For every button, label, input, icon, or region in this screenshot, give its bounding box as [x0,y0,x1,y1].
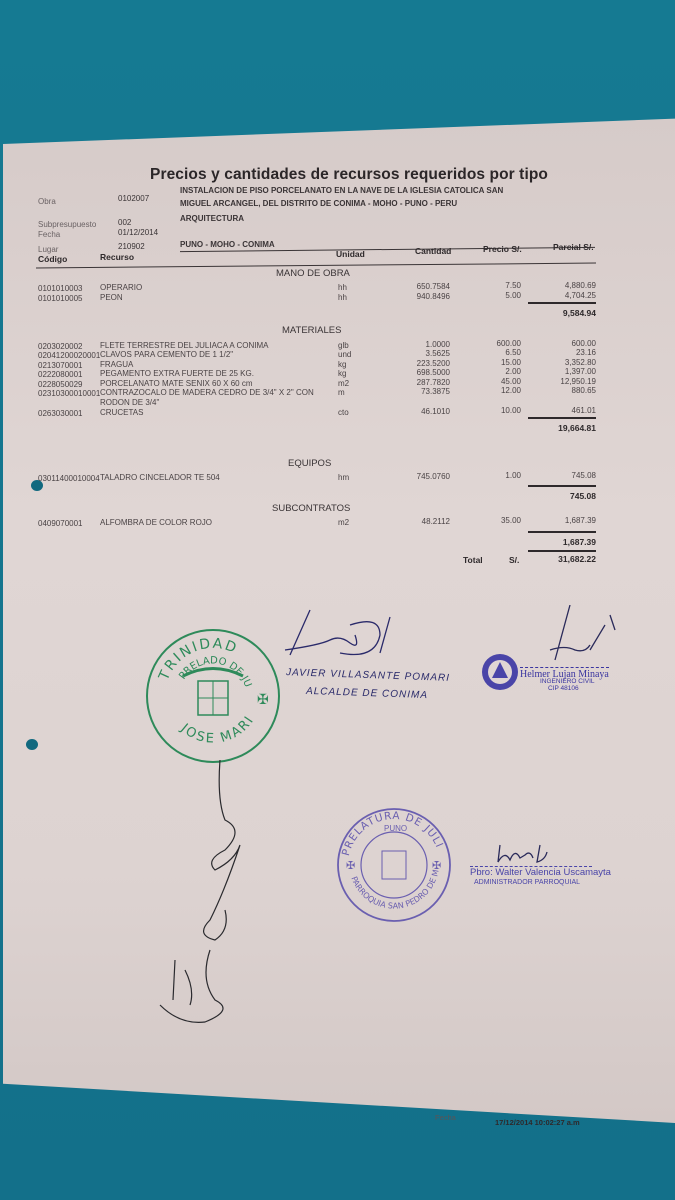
engineer-seal [480,652,520,692]
fecha-value: 01/12/2014 [118,228,158,237]
row-precio: 12.00 [483,386,521,395]
row-codigo: 0228050029 [38,380,83,389]
row-parcial: 12,950.19 [546,377,596,386]
bishop-signature [155,760,265,1040]
row-precio: 600.00 [483,339,521,348]
row-parcial: 23.16 [546,348,596,357]
row-codigo: 0222080001 [38,370,83,379]
row-parcial: 880.65 [546,386,596,395]
row-parcial: 600.00 [546,339,596,348]
fecha-label: Fecha [38,230,60,239]
row-codigo: 02041200020001 [38,351,100,360]
svg-text:PRELATURA DE JULI: PRELATURA DE JULI [340,810,445,857]
row-precio: 5.00 [483,291,521,300]
row-unidad: m2 [338,379,349,388]
row-parcial: 4,704.25 [546,291,596,300]
row-parcial: 1,687.39 [546,516,596,525]
total-currency: S/. [509,555,519,565]
row-precio: 10.00 [483,406,521,415]
row-parcial: 745.08 [546,471,596,480]
row-unidad: cto [338,408,349,417]
subtotal-rule [528,531,596,533]
section-title: SUBCONTRATOS [272,503,350,514]
lugar-label: Lugar [38,245,58,254]
row-codigo: 0101010005 [38,294,83,303]
row-recurso: PEGAMENTO EXTRA FUERTE DE 25 KG. [100,369,254,378]
engineer-title: INGENIERO CIVIL [540,678,595,685]
row-recurso: OPERARIO [100,283,142,292]
row-parcial: 4,880.69 [546,281,596,290]
obra-desc-1: INSTALACION DE PISO PORCELANATO EN LA NA… [180,186,503,195]
section-subtotal: 19,664.81 [530,423,596,433]
svg-text:✠: ✠ [346,860,355,872]
row-recurso: PEON [100,293,123,302]
row-parcial: 3,352.80 [546,358,596,367]
row-precio: 2.00 [483,367,521,376]
row-unidad: hh [338,293,347,302]
subtotal-rule [528,485,596,487]
row-codigo: 0203020002 [38,342,83,351]
subpresupuesto-label: Subpresupuesto [38,220,96,229]
section-title: MATERIALES [282,325,341,336]
section-subtotal: 9,584.94 [530,308,596,318]
row-unidad: hh [338,283,347,292]
obra-code: 0102007 [118,194,149,203]
subpresupuesto-code: 002 [118,218,131,227]
engineer-cip: CIP 48106 [548,685,579,692]
section-subtotal: 745.08 [530,491,596,501]
obra-desc-2: MIGUEL ARCANGEL, DEL DISTRITO DE CONIMA … [180,199,457,208]
row-cantidad: 650.7584 [400,282,450,291]
obra-label: Obra [38,197,56,206]
row-codigo: 0409070001 [38,519,83,528]
row-codigo: 0263030001 [38,409,83,418]
row-recurso: CRUCETAS [100,408,143,417]
svg-text:PUNO: PUNO [384,824,407,833]
svg-text:✠: ✠ [432,860,441,872]
total-rule [528,550,596,552]
col-cantidad: Cantidad [415,246,451,256]
col-codigo: Código [38,254,67,264]
punch-hole [26,739,38,750]
row-recurso: CONTRAZOCALO DE MADERA CEDRO DE 3/4" X 2… [100,388,314,397]
subpresupuesto-desc: ARQUITECTURA [180,214,244,223]
row-recurso: FLETE TERRESTRE DEL JULIACA A CONIMA [100,341,269,350]
row-unidad: m [338,388,345,397]
row-codigo: 0213070001 [38,361,83,370]
row-precio: 45.00 [483,377,521,386]
row-cantidad: 940.8496 [400,292,450,301]
subtotal-rule [528,417,596,419]
row-unidad: kg [338,360,346,369]
row-cantidad: 48.2112 [400,517,450,526]
row-unidad: kg [338,369,346,378]
row-unidad: m2 [338,518,349,527]
lugar-code: 210902 [118,242,145,251]
row-cantidad: 698.5000 [400,368,450,377]
engineer-signature [520,605,650,665]
row-parcial: 1,397.00 [546,367,596,376]
row-cantidad: 73.3875 [400,387,450,396]
row-recurso: FRAGUA [100,360,133,369]
lugar-desc: PUNO - MOHO - CONIMA [180,240,275,249]
section-subtotal: 1,687.39 [530,537,596,547]
svg-text:✠: ✠ [257,691,269,707]
row-recurso: CLAVOS PARA CEMENTO DE 1 1/2" [100,350,233,359]
row-parcial: 461.01 [546,406,596,415]
row-unidad: glb [338,341,349,350]
section-title: MANO DE OBRA [276,268,350,279]
priest-signature [495,840,555,868]
row-precio: 7.50 [483,281,521,290]
col-precio: Precio S/. [483,244,522,254]
row-codigo: 02310300010001 [38,389,100,398]
priest-name: Pbro: Walter Valencia Uscamayta [470,866,592,878]
row-cantidad: 287.7820 [400,378,450,387]
row-cantidad: 46.1010 [400,407,450,416]
row-precio: 15.00 [483,358,521,367]
page-title: Precios y cantidades de recursos requeri… [150,166,548,184]
row-precio: 35.00 [483,516,521,525]
footer-fecha-value: 17/12/2014 10:02:27 a.m [495,1118,580,1127]
row-cantidad: 3.5625 [400,349,450,358]
subtotal-rule [528,302,596,304]
row-cantidad: 223.5200 [400,359,450,368]
footer-fecha-label: Fecha [435,1113,456,1122]
row-recurso: ALFOMBRA DE COLOR ROJO [100,518,212,527]
row-precio: 1.00 [483,471,521,480]
total-value: 31,682.22 [550,554,596,564]
section-title: EQUIPOS [288,458,331,469]
row-codigo: 03011400010004 [38,474,100,483]
row-unidad: hm [338,473,349,482]
row-codigo: 0101010003 [38,284,83,293]
col-recurso: Recurso [100,252,134,262]
col-parcial: Parcial S/. [553,242,594,252]
alcalde-signature [280,605,420,665]
row-cantidad: 1.0000 [400,340,450,349]
row-recurso-cont: RODON DE 3/4" [100,398,159,407]
row-recurso: PORCELANATO MATE SENIX 60 X 60 cm [100,379,253,388]
priest-title: ADMINISTRADOR PARROQUIAL [474,879,580,886]
row-recurso: TALADRO CINCELADOR TE 504 [100,473,220,482]
row-cantidad: 745.0760 [400,472,450,481]
row-precio: 6.50 [483,348,521,357]
col-unidad: Unidad [336,249,365,259]
prelatura-stamp: PRELATURA DE JULI PUNO PARROQUIA SAN PED… [334,805,454,925]
row-unidad: und [338,350,351,359]
total-label: Total [463,555,483,565]
